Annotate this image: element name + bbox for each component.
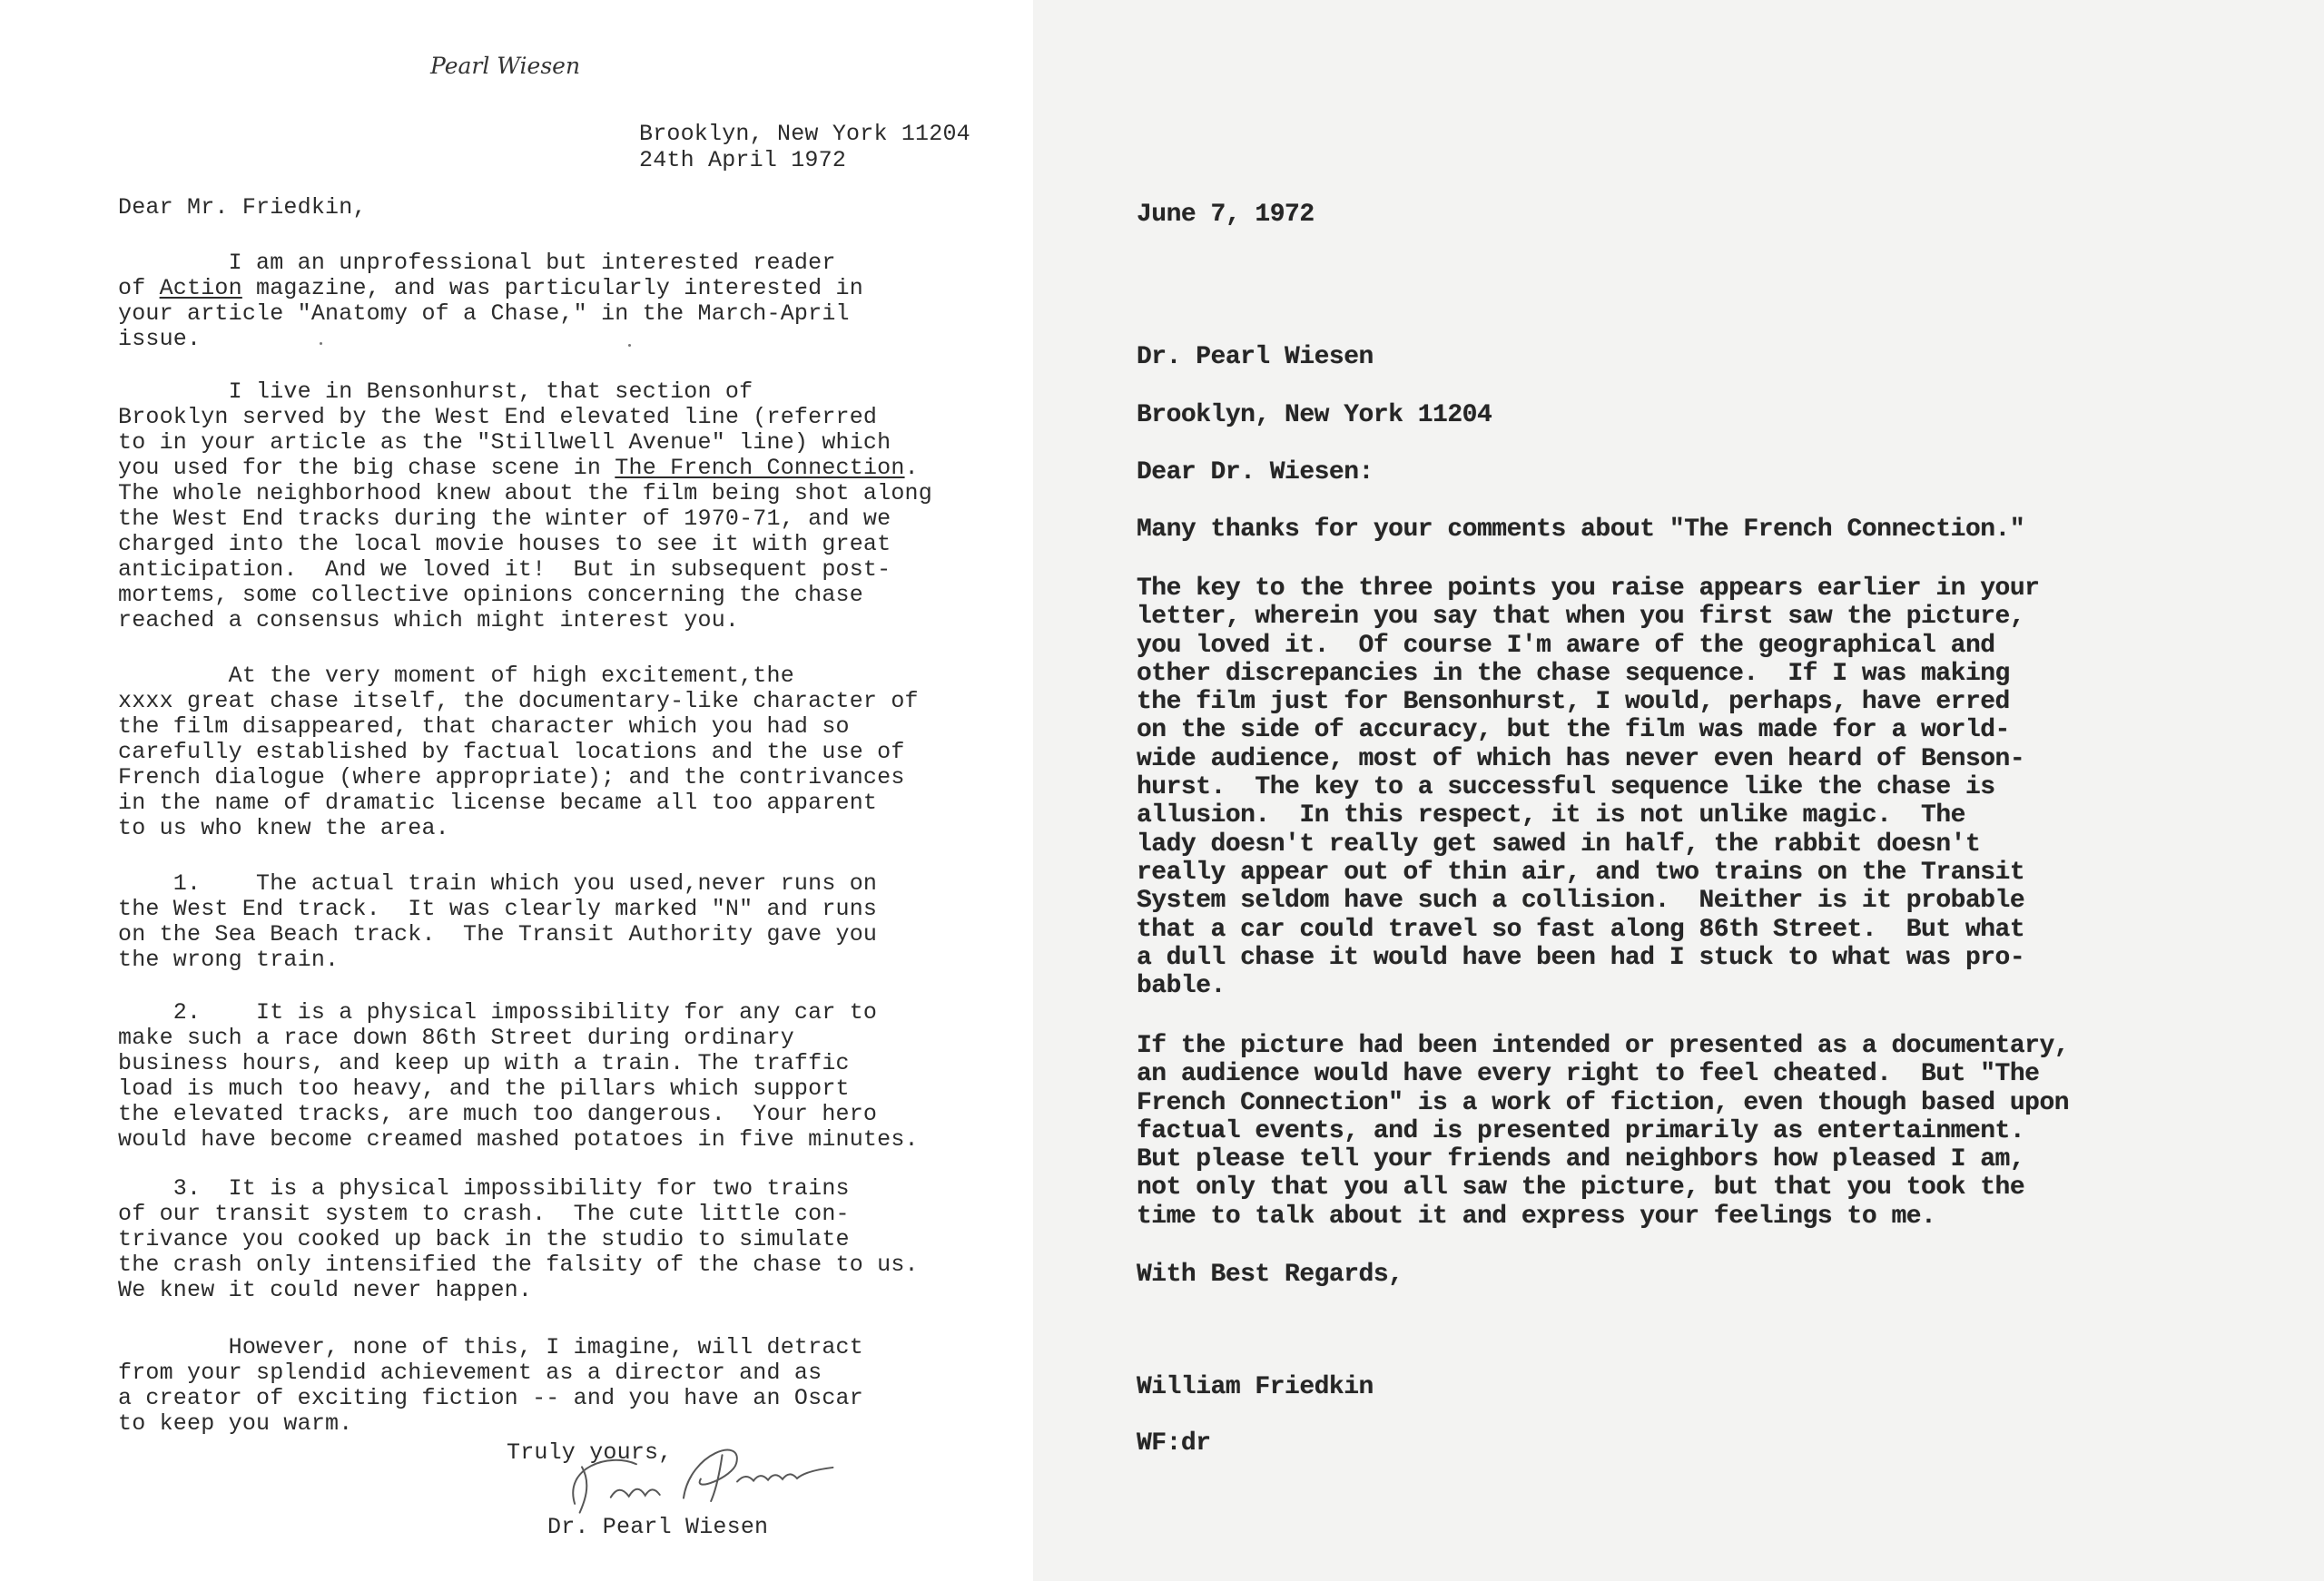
signer-name: Dr. Pearl Wiesen — [547, 1515, 768, 1540]
text-line: But please tell your friends and neighbo… — [1137, 1145, 2069, 1173]
paragraph-2: I live in Bensonhurst, that section ofBr… — [118, 379, 932, 633]
paper-speck — [628, 344, 631, 347]
paragraph-1: The key to the three points you raise ap… — [1137, 574, 2039, 1000]
text-line: of our transit system to crash. The cute… — [118, 1202, 919, 1227]
text-line: 3. It is a physical impossibility for tw… — [118, 1176, 919, 1202]
text-line: French Connection" is a work of fiction,… — [1137, 1089, 2069, 1117]
text-line: would have become creamed mashed potatoe… — [118, 1127, 919, 1153]
signer-name: William Friedkin — [1137, 1373, 1374, 1401]
salutation: Dear Dr. Wiesen: — [1137, 458, 1374, 486]
underlined-title: The French Connection — [615, 455, 904, 481]
text-line: I live in Bensonhurst, that section of — [118, 379, 932, 405]
text-line: allusion. In this respect, it is not unl… — [1137, 801, 2039, 830]
letter-from-wiesen: Pearl Wiesen Brooklyn, New York 11204 24… — [0, 0, 1033, 1581]
text-line: you used for the big chase scene in The … — [118, 456, 932, 481]
paragraph-1: I am an unprofessional but interested re… — [118, 250, 863, 352]
paragraph-2: If the picture had been intended or pres… — [1137, 1032, 2069, 1231]
letter-from-friedkin: June 7, 1972 Dr. Pearl Wiesen Brooklyn, … — [1033, 0, 2324, 1581]
closing: With Best Regards, — [1137, 1261, 1403, 1289]
paper-speck — [320, 342, 322, 345]
text-line: factual events, and is presented primari… — [1137, 1117, 2069, 1145]
text-line: load is much too heavy, and the pillars … — [118, 1076, 919, 1102]
text-line: I am an unprofessional but interested re… — [118, 250, 863, 276]
text-line: At the very moment of high excitement,th… — [118, 663, 919, 689]
text-line: reached a consensus which might interest… — [118, 608, 932, 633]
text-line: the film disappeared, that character whi… — [118, 714, 919, 740]
point-3: 3. It is a physical impossibility for tw… — [118, 1176, 919, 1303]
text-line: that a car could travel so fast along 86… — [1137, 916, 2039, 944]
text-line: the elevated tracks, are much too danger… — [118, 1102, 919, 1127]
text-line: make such a race down 86th Street during… — [118, 1026, 919, 1051]
text-line: time to talk about it and express your f… — [1137, 1203, 2069, 1231]
text-line: in the name of dramatic license became a… — [118, 790, 919, 816]
text-line: business hours, and keep up with a train… — [118, 1051, 919, 1076]
text-line: xxxx great chase itself, the documentary… — [118, 689, 919, 714]
text-line: We knew it could never happen. — [118, 1278, 919, 1303]
letter-date: 24th April 1972 — [639, 148, 846, 173]
text-line: bable. — [1137, 972, 2039, 1000]
text-line: charged into the local movie houses to s… — [118, 532, 932, 557]
letter-date: June 7, 1972 — [1137, 201, 1315, 229]
text-line: other discrepancies in the chase sequenc… — [1137, 660, 2039, 688]
closing-paragraph: However, none of this, I imagine, will d… — [118, 1335, 863, 1437]
text-line: not only that you all saw the picture, b… — [1137, 1173, 2069, 1202]
text-line: of Action magazine, and was particularly… — [118, 276, 863, 301]
text-line: However, none of this, I imagine, will d… — [118, 1335, 863, 1360]
text-line: Brooklyn served by the West End elevated… — [118, 405, 932, 430]
text-line: you loved it. Of course I'm aware of the… — [1137, 632, 2039, 660]
text-line: the crash only intensified the falsity o… — [118, 1252, 919, 1278]
text-line: anticipation. And we loved it! But in su… — [118, 557, 932, 583]
text-line: wide audience, most of which has never e… — [1137, 745, 2039, 773]
text-line: to in your article as the "Stillwell Ave… — [118, 430, 932, 456]
text-line: 2. It is a physical impossibility for an… — [118, 1000, 919, 1026]
text-line: If the picture had been intended or pres… — [1137, 1032, 2069, 1060]
text-line: from your splendid achievement as a dire… — [118, 1360, 863, 1386]
recipient-address: Brooklyn, New York 11204 — [1137, 401, 1492, 429]
text-line: the West End track. It was clearly marke… — [118, 897, 877, 922]
underlined-title: Action — [160, 275, 242, 301]
text-line: a dull chase it would have been had I st… — [1137, 944, 2039, 972]
text-line: letter, wherein you say that when you fi… — [1137, 603, 2039, 631]
text-line: hurst. The key to a successful sequence … — [1137, 773, 2039, 801]
text-line: carefully established by factual locatio… — [118, 740, 919, 765]
text-line: trivance you cooked up back in the studi… — [118, 1227, 919, 1252]
paragraph-3: At the very moment of high excitement,th… — [118, 663, 919, 841]
text-line: the wrong train. — [118, 948, 877, 973]
text-line: to keep you warm. — [118, 1411, 863, 1437]
text-line: to us who knew the area. — [118, 816, 919, 841]
text-line: System seldom have such a collision. Nei… — [1137, 887, 2039, 915]
text-line: French dialogue (where appropriate); and… — [118, 765, 919, 790]
text-line: issue. — [118, 327, 863, 352]
sender-address: Brooklyn, New York 11204 — [639, 122, 970, 147]
text-line: your article "Anatomy of a Chase," in th… — [118, 301, 863, 327]
point-2: 2. It is a physical impossibility for an… — [118, 1000, 919, 1153]
opening-line: Many thanks for your comments about "The… — [1137, 516, 2024, 544]
salutation: Dear Mr. Friedkin, — [118, 195, 367, 221]
text-line: on the side of accuracy, but the film wa… — [1137, 716, 2039, 744]
recipient-name: Dr. Pearl Wiesen — [1137, 343, 1374, 371]
text-line: an audience would have every right to fe… — [1137, 1060, 2069, 1088]
text-line: really appear out of thin air, and two t… — [1137, 859, 2039, 887]
text-line: the film just for Bensonhurst, I would, … — [1137, 688, 2039, 716]
reference-initials: WF:dr — [1137, 1429, 1211, 1458]
text-line: a creator of exciting fiction -- and you… — [118, 1386, 863, 1411]
text-line: The key to the three points you raise ap… — [1137, 574, 2039, 603]
text-line: on the Sea Beach track. The Transit Auth… — [118, 922, 877, 948]
text-line: lady doesn't really get sawed in half, t… — [1137, 830, 2039, 859]
letterhead-name: Pearl Wiesen — [430, 53, 580, 79]
point-1: 1. The actual train which you used,never… — [118, 871, 877, 973]
text-line: the West End tracks during the winter of… — [118, 506, 932, 532]
text-line: 1. The actual train which you used,never… — [118, 871, 877, 897]
text-line: mortems, some collective opinions concer… — [118, 583, 932, 608]
text-line: The whole neighborhood knew about the fi… — [118, 481, 932, 506]
